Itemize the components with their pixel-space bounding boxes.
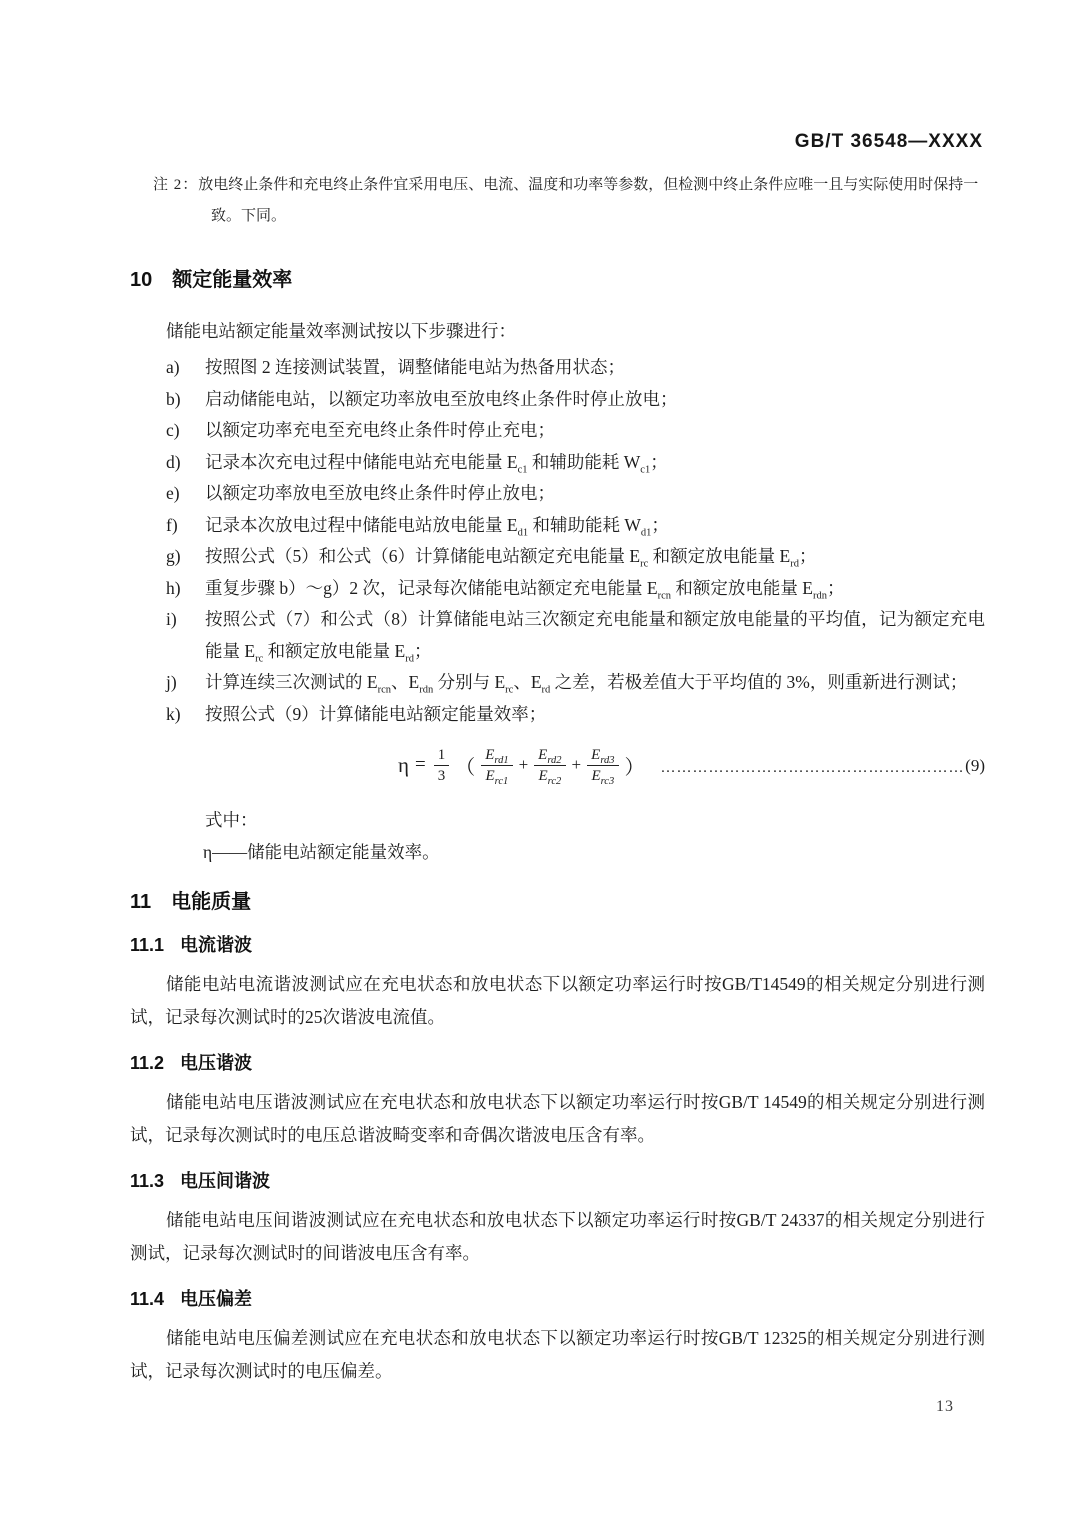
subsection-title: 电流谐波 <box>180 935 252 955</box>
step-label: d) <box>166 447 181 479</box>
step-label: k) <box>166 699 181 731</box>
procedure-step-h: h)重复步骤 b）～g）2 次，记录每次储能电站额定充电能量 Ercn 和额定放… <box>130 573 985 605</box>
dot-leader: …………………………………………………………………… <box>661 760 964 777</box>
section-11-heading: 11电能质量 <box>130 888 985 916</box>
plus-sign: + <box>572 755 582 775</box>
step-label: e) <box>166 478 180 510</box>
note-label: 注 2： <box>153 177 198 193</box>
step-text: 按照公式（5）和公式（6）计算储能电站额定充电能量 Erc 和额定放电能量 Er… <box>205 546 816 566</box>
formula-symbol-definition: η——储能电站额定能量效率。 <box>203 837 985 869</box>
step-label: b) <box>166 384 181 416</box>
step-label: f) <box>166 510 178 542</box>
step-text: 启动储能电站，以额定功率放电至放电终止条件时停止放电； <box>205 389 678 409</box>
step-text: 以额定功率充电至充电终止条件时停止充电； <box>205 420 555 440</box>
step-text: 计算连续三次测试的 Ercn、Erdn 分别与 Erc、Erd 之差，若极差值大… <box>205 672 967 692</box>
page-number: 13 <box>936 1398 954 1416</box>
step-label: i) <box>166 604 177 636</box>
step-text: 重复步骤 b）～g）2 次，记录每次储能电站额定充电能量 Ercn 和额定放电能… <box>205 578 844 598</box>
subsection-title: 电压偏差 <box>180 1289 252 1309</box>
note-text: 放电终止条件和充电终止条件宜采用电压、电流、温度和功率等参数，但检测中终止条件应… <box>198 177 978 224</box>
subsection-number: 11.4 <box>130 1289 164 1309</box>
section-10-number: 10 <box>130 269 152 291</box>
step-text: 按照公式（9）计算储能电站额定能量效率； <box>205 704 546 724</box>
section-11-title: 电能质量 <box>171 891 251 913</box>
procedure-step-i: i)按照公式（7）和公式（8）计算储能电站三次额定充电能量和额定放电能量的平均值… <box>130 604 985 667</box>
section-10-title: 额定能量效率 <box>172 269 292 291</box>
formula-number: (9) <box>965 756 985 776</box>
step-label: a) <box>166 352 180 384</box>
subsection-title: 电压谐波 <box>180 1053 252 1073</box>
step-label: g) <box>166 541 181 573</box>
note: 注 2：放电终止条件和充电终止条件宜采用电压、电流、温度和功率等参数，但检测中终… <box>153 170 985 232</box>
step-label: j) <box>166 667 177 699</box>
procedure-step-f: f)记录本次放电过程中储能电站放电能量 Ed1 和辅助能耗 Wd1； <box>130 510 985 542</box>
step-text: 按照图 2 连接测试装置，调整储能电站为热备用状态； <box>205 357 625 377</box>
step-text: 以额定功率放电至放电终止条件时停止放电； <box>205 483 555 503</box>
subsection-11-2-body: 储能电站电压谐波测试应在充电状态和放电状态下以额定功率运行时按GB/T 1454… <box>130 1086 985 1152</box>
coefficient-fraction: 1 3 <box>434 746 450 785</box>
equals-sign: = <box>415 754 426 776</box>
formula-where-label: 式中： <box>205 805 985 837</box>
plus-sign: + <box>519 755 529 775</box>
section-10-heading: 10额定能量效率 <box>130 266 985 294</box>
subsection-11-2-heading: 11.2电压谐波 <box>130 1050 985 1076</box>
subsection-11-1-heading: 11.1电流谐波 <box>130 932 985 958</box>
subsection-11-4-body: 储能电站电压偏差测试应在充电状态和放电状态下以额定功率运行时按GB/T 1232… <box>130 1322 985 1388</box>
formula-9: η = 1 3 （ Erd1 Erc1 + Erd2 Erc2 + Erd3 E… <box>130 733 985 797</box>
procedure-step-g: g)按照公式（5）和公式（6）计算储能电站额定充电能量 Erc 和额定放电能量 … <box>130 541 985 573</box>
subsection-11-3-body: 储能电站电压间谐波测试应在充电状态和放电状态下以额定功率运行时按GB/T 243… <box>130 1204 985 1270</box>
procedure-step-c: c)以额定功率充电至充电终止条件时停止充电； <box>130 415 985 447</box>
procedure-step-j: j)计算连续三次测试的 Ercn、Erdn 分别与 Erc、Erd 之差，若极差… <box>130 667 985 699</box>
procedure-step-e: e)以额定功率放电至放电终止条件时停止放电； <box>130 478 985 510</box>
subsection-11-1-body: 储能电站电流谐波测试应在充电状态和放电状态下以额定功率运行时按GB/T14549… <box>130 968 985 1034</box>
section-10-intro: 储能电站额定能量效率测试按以下步骤进行： <box>166 316 985 347</box>
procedure-step-a: a)按照图 2 连接测试装置，调整储能电站为热备用状态； <box>130 352 985 384</box>
subsection-number: 11.3 <box>130 1171 164 1191</box>
close-paren-icon: ） <box>625 751 645 780</box>
step-text: 记录本次放电过程中储能电站放电能量 Ed1 和辅助能耗 Wd1； <box>205 515 669 535</box>
step-text: 记录本次充电过程中储能电站充电能量 Ec1 和辅助能耗 Wc1； <box>205 452 668 472</box>
procedure-step-d: d)记录本次充电过程中储能电站充电能量 Ec1 和辅助能耗 Wc1； <box>130 447 985 479</box>
step-label: c) <box>166 415 180 447</box>
subsection-11-3-heading: 11.3电压间谐波 <box>130 1168 985 1194</box>
fraction-term-3: Erd3 Erc3 <box>587 746 618 785</box>
open-paren-icon: （ <box>455 751 475 780</box>
standard-code: GB/T 36548—XXXX <box>795 131 983 153</box>
fraction-term-1: Erd1 Erc1 <box>481 746 512 785</box>
step-text: 按照公式（7）和公式（8）计算储能电站三次额定充电能量和额定放电能量的平均值，记… <box>205 609 985 661</box>
formula-expression: η = 1 3 （ Erd1 Erc1 + Erd2 Erc2 + Erd3 E… <box>398 746 651 785</box>
subsection-number: 11.2 <box>130 1053 164 1073</box>
procedure-step-b: b)启动储能电站，以额定功率放电至放电终止条件时停止放电； <box>130 384 985 416</box>
subsection-number: 11.1 <box>130 935 164 955</box>
fraction-term-2: Erd2 Erc2 <box>534 746 565 785</box>
procedure-list: a)按照图 2 连接测试装置，调整储能电站为热备用状态； b)启动储能电站，以额… <box>130 352 985 730</box>
subsection-title: 电压间谐波 <box>180 1171 270 1191</box>
subsection-11-4-heading: 11.4电压偏差 <box>130 1286 985 1312</box>
formula-lhs: η <box>398 753 409 778</box>
procedure-step-k: k)按照公式（9）计算储能电站额定能量效率； <box>130 699 985 731</box>
section-11-number: 11 <box>130 891 151 913</box>
step-label: h) <box>166 573 181 605</box>
document-content: 注 2：放电终止条件和充电终止条件宜采用电压、电流、温度和功率等参数，但检测中终… <box>0 0 1080 1388</box>
